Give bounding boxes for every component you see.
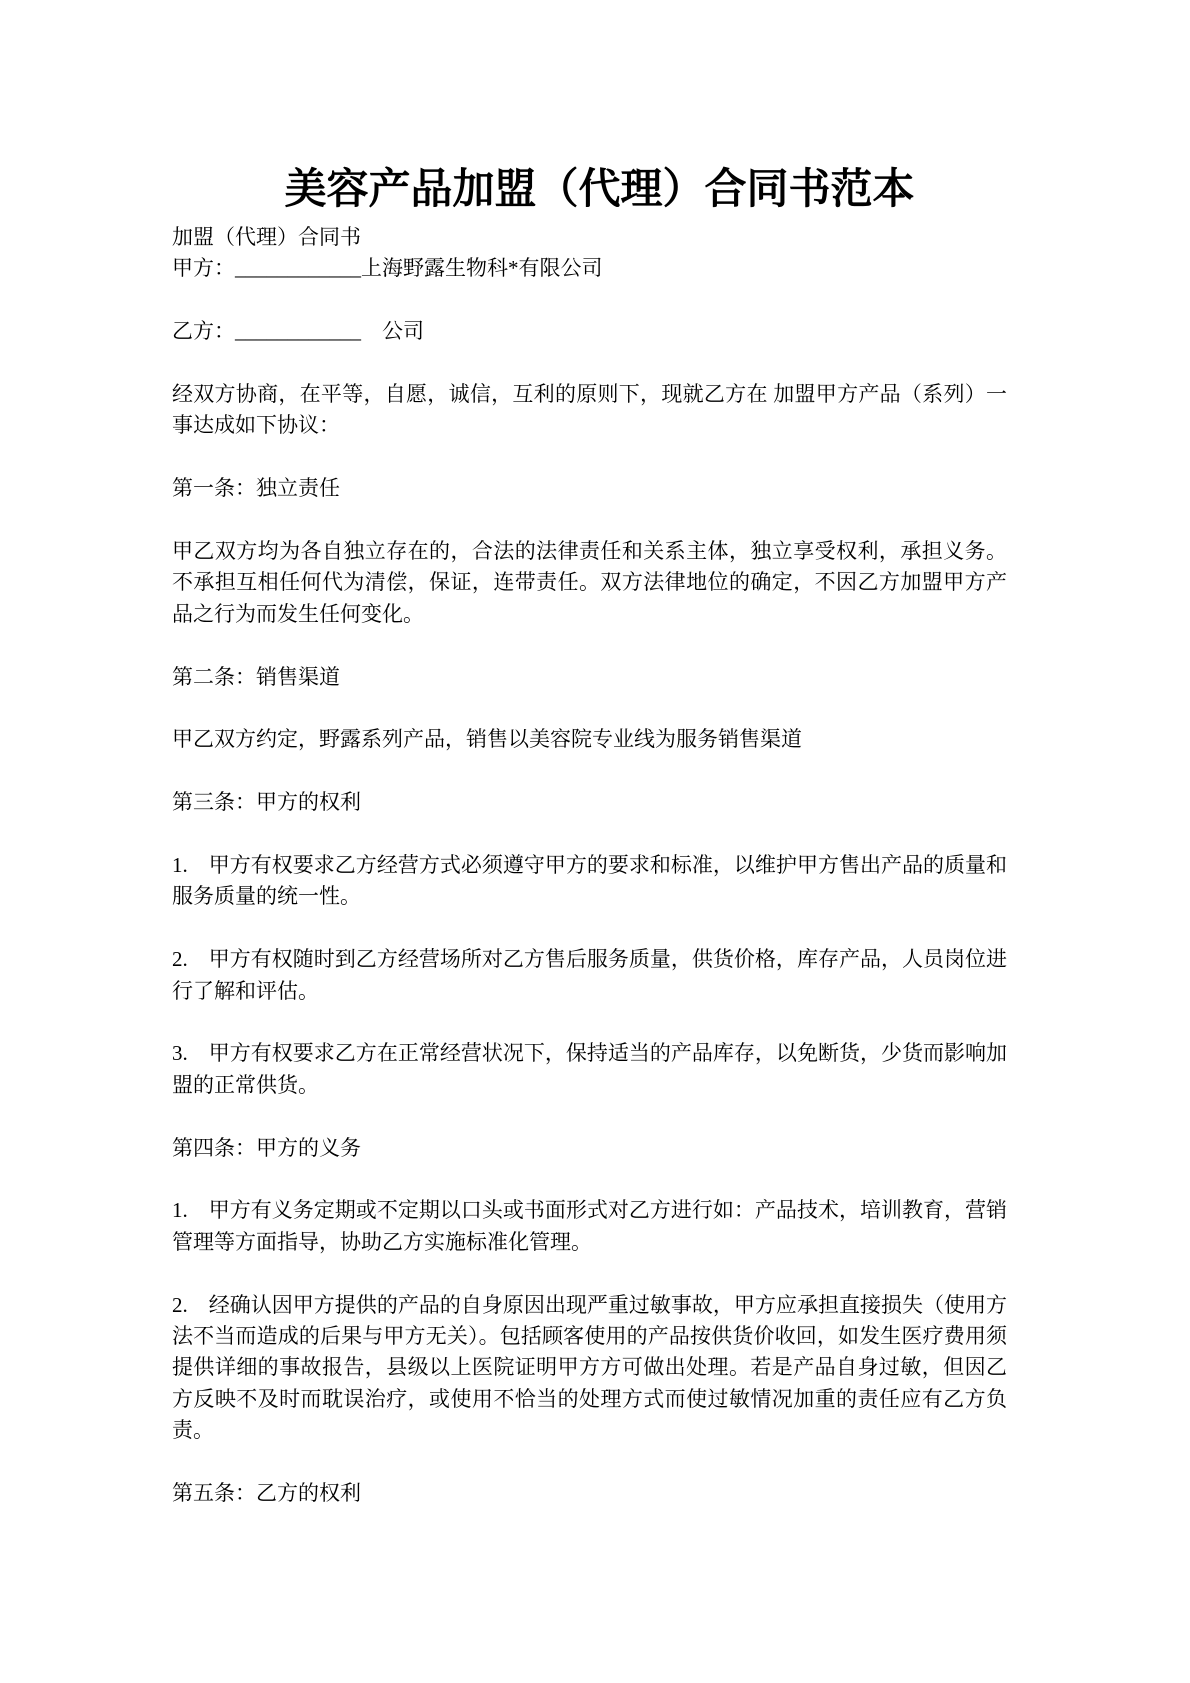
clause-4-item-1: 1. 甲方有义务定期或不定期以口头或书面形式对乙方进行如：产品技术，培训教育，营…: [172, 1195, 1007, 1258]
clause-2-body: 甲乙双方约定，野露系列产品，销售以美容院专业线为服务销售渠道: [172, 724, 1007, 755]
clause-3-heading: 第三条：甲方的权利: [172, 787, 1007, 818]
document-title: 美容产品加盟（代理）合同书范本: [182, 162, 1017, 218]
clause-4-item-2: 2. 经确认因甲方提供的产品的自身原因出现严重过敏事故，甲方应承担直接损失（使用…: [172, 1290, 1007, 1447]
clause-3-item-1: 1. 甲方有权要求乙方经营方式必须遵守甲方的要求和标准，以维护甲方售出产品的质量…: [172, 850, 1007, 913]
clause-1-heading: 第一条：独立责任: [172, 473, 1007, 504]
contract-document-page: 美容产品加盟（代理）合同书范本 加盟（代理）合同书 甲方：___________…: [0, 0, 1190, 1683]
intro-paragraph: 经双方协商，在平等，自愿，诚信，互利的原则下，现就乙方在 加盟甲方产品（系列）一…: [172, 379, 1007, 442]
clause-5-heading: 第五条：乙方的权利: [172, 1478, 1007, 1509]
clause-3-item-3: 3. 甲方有权要求乙方在正常经营状况下，保持适当的产品库存，以免断货，少货而影响…: [172, 1038, 1007, 1101]
clause-1-body: 甲乙双方均为各自独立存在的，合法的法律责任和关系主体，独立享受权利，承担义务。不…: [172, 536, 1007, 630]
document-content: 美容产品加盟（代理）合同书范本 加盟（代理）合同书 甲方：___________…: [0, 0, 1190, 1683]
clause-4-heading: 第四条：甲方的义务: [172, 1133, 1007, 1164]
clause-3-item-2: 2. 甲方有权随时到乙方经营场所对乙方售后服务质量，供货价格，库存产品，人员岗位…: [172, 944, 1007, 1007]
document-subtitle: 加盟（代理）合同书: [172, 222, 1007, 253]
party-b-line: 乙方：____________ 公司: [172, 316, 1007, 347]
clause-2-heading: 第二条：销售渠道: [172, 662, 1007, 693]
party-a-line: 甲方：____________上海野露生物科*有限公司: [172, 253, 1007, 284]
